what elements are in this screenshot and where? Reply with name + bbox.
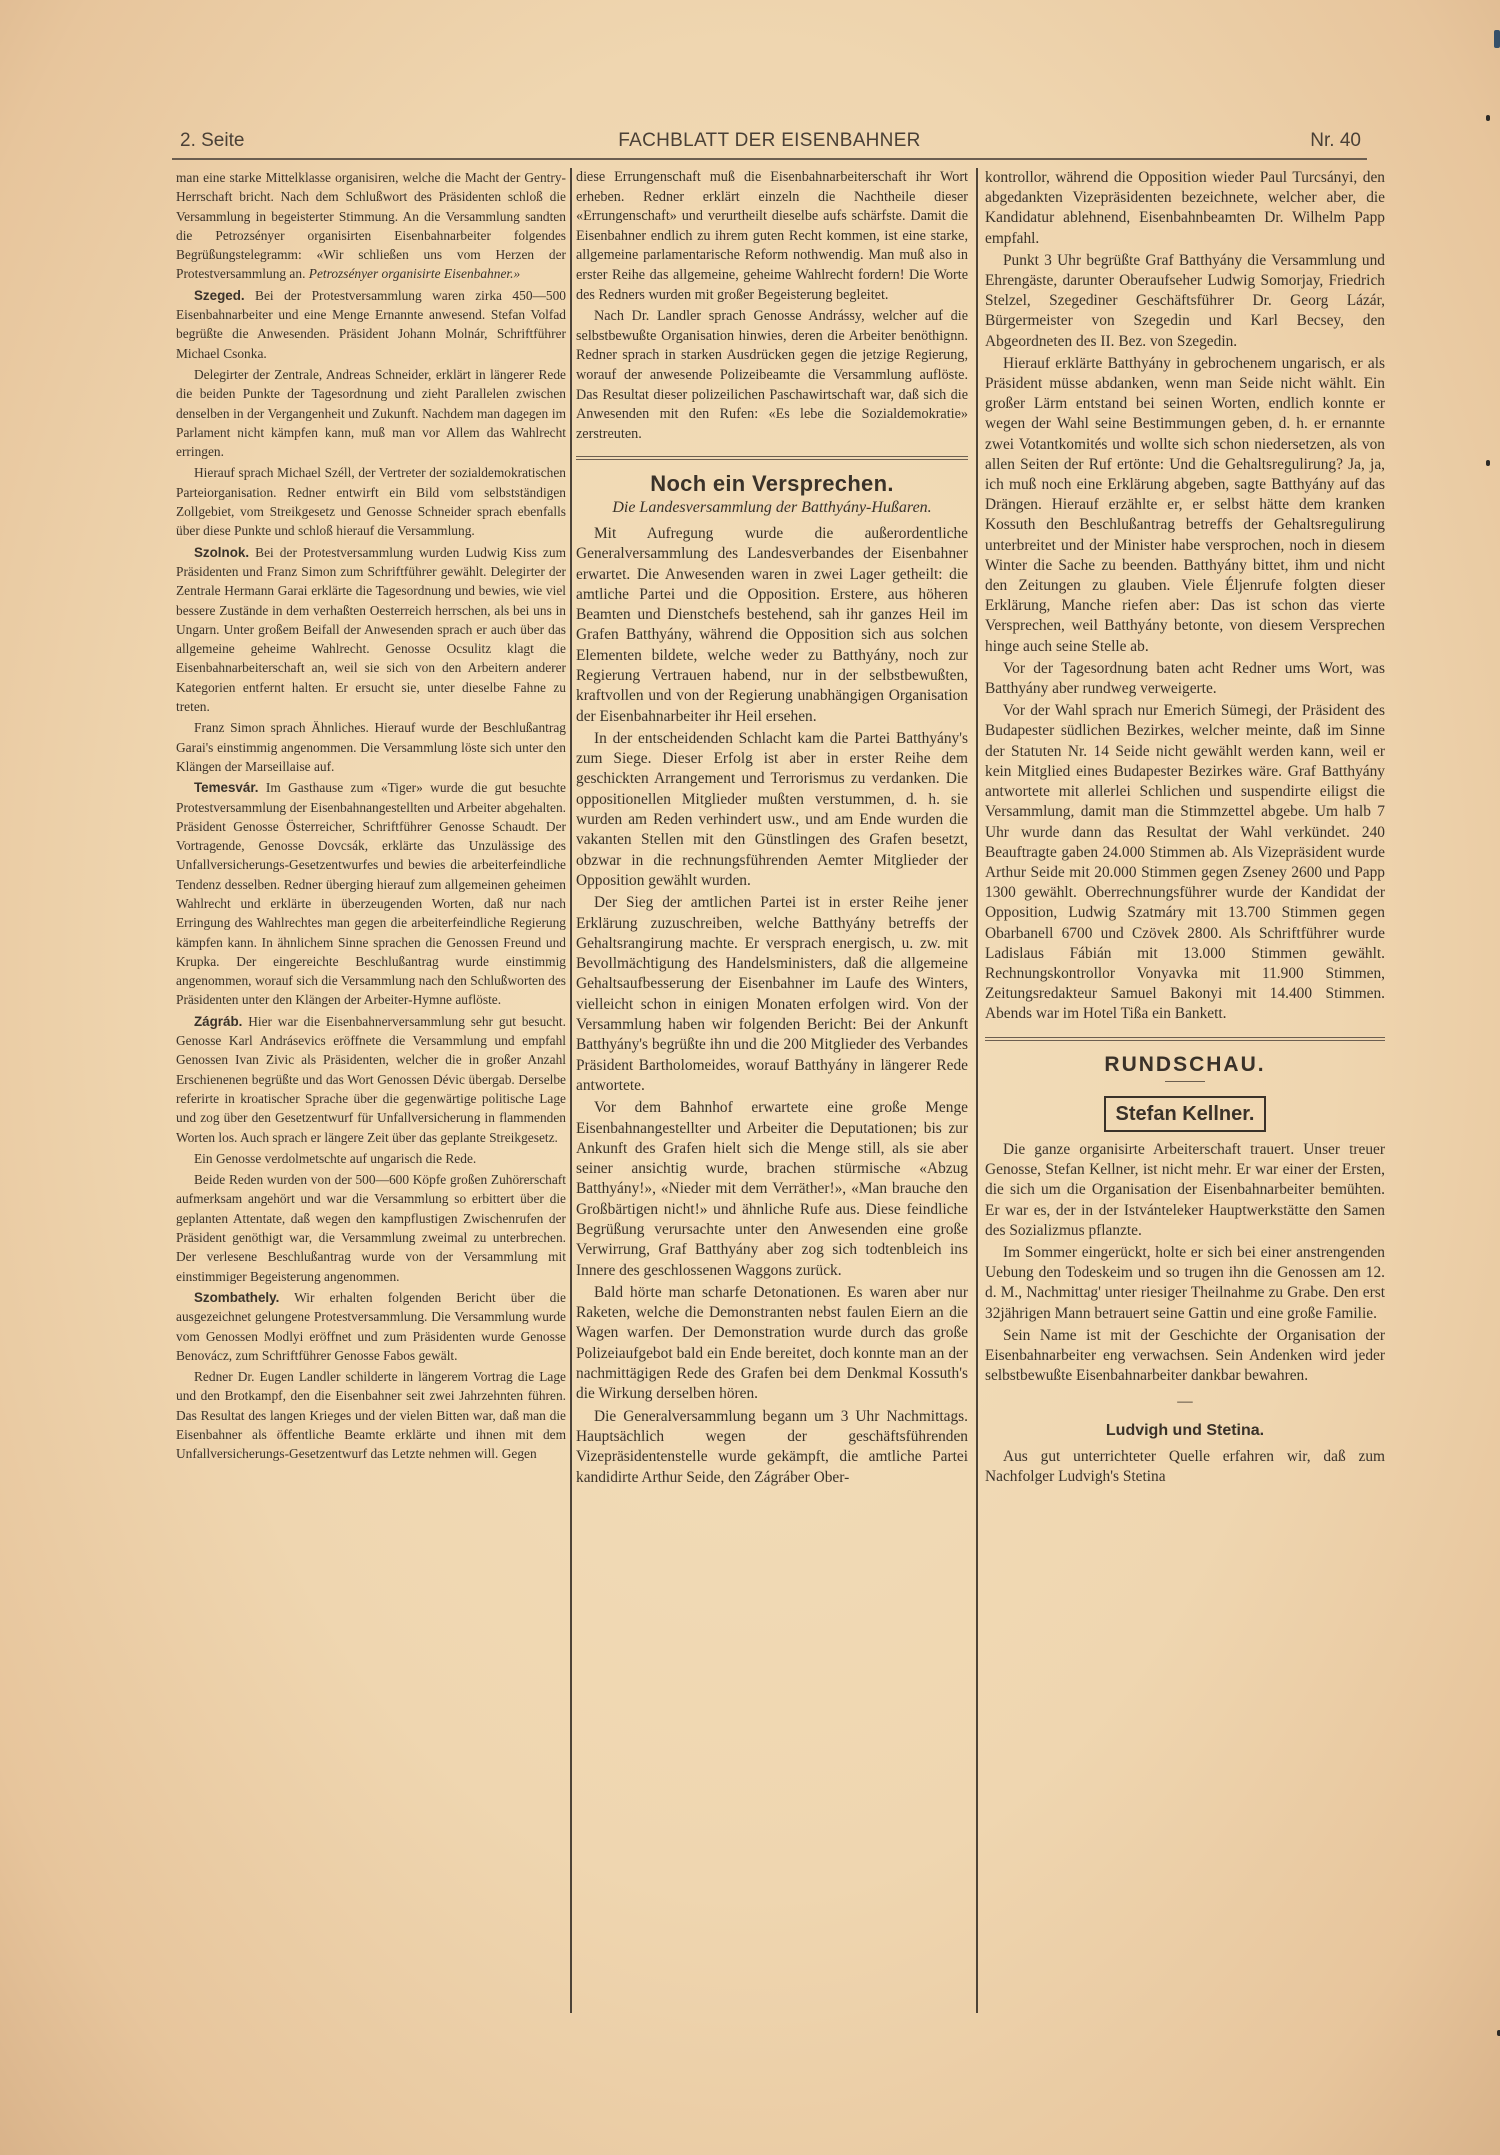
article-subtitle: Die Landesversammlung der Batthyány-Hußa… (576, 498, 968, 518)
publication-title: FACHBLATT DER EISENBAHNER (172, 130, 1367, 152)
paragraph: Szeged. Bei der Protestversammlung waren… (176, 286, 566, 363)
paragraph: Sein Name ist mit der Geschichte der Org… (985, 1326, 1385, 1387)
obituary-title: Stefan Kellner. (1104, 1096, 1267, 1132)
column-2: diese Errungenschaft muß die Eisenbahnar… (576, 168, 968, 1490)
column-3: kontrollor, während die Opposition wiede… (985, 168, 1385, 1489)
paragraph: Die ganze organisirte Arbeiterschaft tra… (985, 1140, 1385, 1241)
city-lead: Zágráb. (194, 1014, 242, 1029)
paragraph: Mit Aufregung wurde die außerordentliche… (576, 524, 968, 727)
paragraph: Ein Genosse verdolmetschte auf ungarisch… (176, 1149, 566, 1168)
column-divider (976, 168, 978, 2013)
issue-number: Nr. 40 (1310, 130, 1361, 152)
city-lead: Szeged. (194, 288, 245, 303)
paragraph: Bald hörte man scharfe Detonationen. Es … (576, 1283, 968, 1405)
section-title: RUNDSCHAU. (985, 1055, 1385, 1075)
paragraph: Vor dem Bahnhof erwartete eine große Men… (576, 1098, 968, 1281)
paragraph: kontrollor, während die Opposition wiede… (985, 168, 1385, 249)
newspaper-page: 2. Seite FACHBLATT DER EISENBAHNER Nr. 4… (0, 0, 1500, 2155)
section-divider (985, 1037, 1385, 1041)
paragraph: Die Generalversammlung begann um 3 Uhr N… (576, 1407, 968, 1488)
paragraph: Szolnok. Bei der Protestversammlung wurd… (176, 543, 566, 717)
paragraph: diese Errungenschaft muß die Eisenbahnar… (576, 168, 968, 305)
city-lead: Temesvár. (194, 780, 259, 795)
paragraph: Redner Dr. Eugen Landler schilderte in l… (176, 1367, 566, 1463)
city-lead: Szombathely. (194, 1290, 279, 1305)
paragraph: Franz Simon sprach Ähnliches. Hierauf wu… (176, 718, 566, 776)
paragraph: Aus gut unterrichteter Quelle erfahren w… (985, 1447, 1385, 1487)
paper-blemish (1486, 115, 1490, 121)
paragraph: In der entscheidenden Schlacht kam die P… (576, 729, 968, 891)
article-title: Noch ein Versprechen. (576, 474, 968, 494)
city-lead: Szolnok. (194, 545, 249, 560)
paragraph: Vor der Wahl sprach nur Emerich Sümegi, … (985, 701, 1385, 1024)
column-divider (570, 168, 572, 2013)
short-divider (1165, 1081, 1205, 1082)
column-1: man eine starke Mittelklasse organisiren… (176, 168, 566, 1466)
dash-divider: — (985, 1392, 1385, 1412)
page-header: 2. Seite FACHBLATT DER EISENBAHNER Nr. 4… (172, 128, 1367, 160)
paragraph: Punkt 3 Uhr begrüßte Graf Batthyány die … (985, 251, 1385, 352)
paragraph: Im Sommer eingerückt, holte er sich bei … (985, 1243, 1385, 1324)
paragraph: Szombathely. Wir erhalten folgenden Beri… (176, 1288, 566, 1365)
paragraph: Nach Dr. Landler sprach Genosse Andrássy… (576, 307, 968, 444)
paragraph: man eine starke Mittelklasse organisiren… (176, 168, 566, 284)
paragraph: Temesvár. Im Gasthause zum «Tiger» wurde… (176, 778, 566, 1010)
paragraph: Vor der Tagesordnung baten acht Redner u… (985, 659, 1385, 699)
paragraph: Der Sieg der amtlichen Partei ist in ers… (576, 893, 968, 1096)
paper-blemish (1486, 460, 1490, 466)
subsection-title: Ludvigh und Stetina. (985, 1421, 1385, 1441)
paragraph: Beide Reden wurden von der 500—600 Köpfe… (176, 1170, 566, 1286)
paragraph: Hierauf erklärte Batthyány in gebrochene… (985, 354, 1385, 657)
paragraph: Delegirter der Zentrale, Andreas Schneid… (176, 365, 566, 461)
paper-blemish (1494, 30, 1500, 48)
paragraph: Hierauf sprach Michael Széll, der Vertre… (176, 463, 566, 540)
section-divider (576, 456, 968, 460)
paragraph: Zágráb. Hier war die Eisenbahnerversamml… (176, 1012, 566, 1147)
